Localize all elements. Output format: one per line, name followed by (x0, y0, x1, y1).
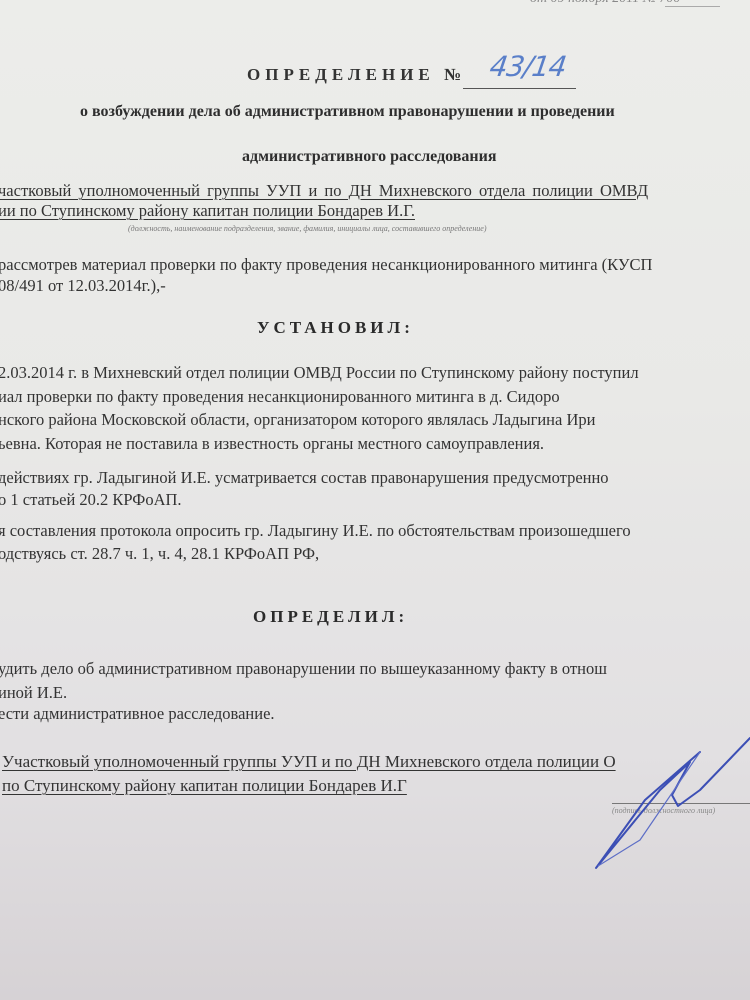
handwritten-signature-icon (0, 0, 750, 1000)
